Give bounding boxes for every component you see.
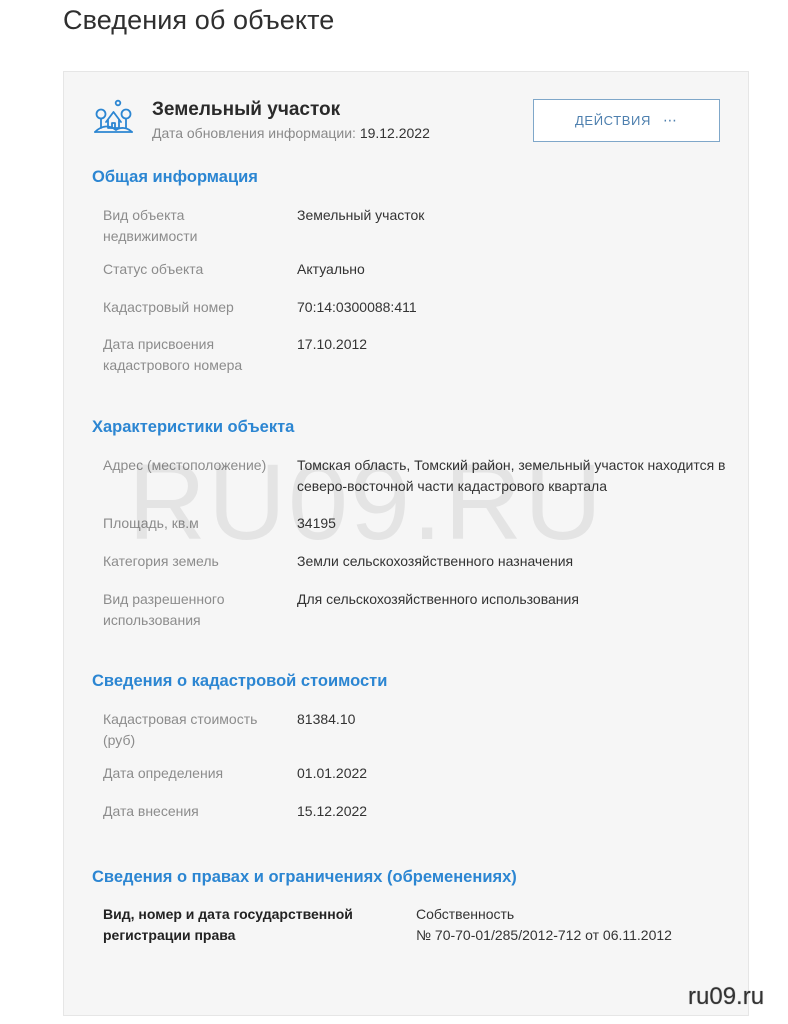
- right-registration: № 70-70-01/285/2012-712 от 06.11.2012: [416, 925, 788, 946]
- update-info: Дата обновления информации: 19.12.2022: [152, 125, 430, 141]
- row-label: Вид, номер и дата государственной регист…: [103, 904, 353, 946]
- section-title-general: Общая информация: [92, 168, 258, 187]
- row-value: Томская область, Томский район, земельны…: [297, 455, 727, 497]
- update-label: Дата обновления информации:: [152, 125, 356, 141]
- row-value: 01.01.2022: [297, 763, 727, 784]
- object-card: Земельный участок Дата обновления информ…: [63, 71, 749, 1016]
- row-value: 17.10.2012: [297, 334, 727, 355]
- object-title: Земельный участок: [152, 99, 340, 121]
- row-label: Площадь, кв.м: [103, 513, 273, 534]
- row-label: Статус объекта: [103, 259, 273, 280]
- row-label: Кадастровая стоимость (руб): [103, 709, 273, 751]
- row-label: Категория земель: [103, 551, 273, 572]
- row-label: Адрес (местоположение): [103, 455, 293, 476]
- right-type: Собственность: [416, 904, 788, 925]
- row-label: Дата определения: [103, 763, 273, 784]
- row-label: Вид объекта недвижимости: [103, 205, 273, 247]
- land-plot-icon: [92, 98, 134, 140]
- row-value: Для сельскохозяйственного использования: [297, 589, 727, 610]
- row-label: Вид разрешенного использования: [103, 589, 253, 631]
- row-value: Собственность № 70-70-01/285/2012-712 от…: [416, 904, 788, 946]
- row-value: Земли сельскохозяйственного назначения: [297, 551, 727, 572]
- row-value: 15.12.2022: [297, 801, 727, 822]
- more-horizontal-icon: ⋯: [663, 112, 678, 129]
- update-date: 19.12.2022: [360, 125, 430, 141]
- row-label: Дата внесения: [103, 801, 273, 822]
- section-title-characteristics: Характеристики объекта: [92, 418, 294, 437]
- row-value: Актуально: [297, 259, 727, 280]
- watermark-corner: ru09.ru: [688, 983, 764, 1011]
- row-label: Дата присвоения кадастрового номера: [103, 334, 273, 376]
- page-title: Сведения об объекте: [63, 5, 334, 36]
- actions-label: ДЕЙСТВИЯ: [575, 113, 651, 128]
- row-value: 70:14:0300088:411: [297, 297, 727, 318]
- section-title-cadastral-value: Сведения о кадастровой стоимости: [92, 672, 387, 691]
- row-value: 34195: [297, 513, 727, 534]
- row-label: Кадастровый номер: [103, 297, 273, 318]
- actions-button[interactable]: ДЕЙСТВИЯ ⋯: [533, 99, 720, 142]
- row-value: Земельный участок: [297, 205, 727, 226]
- section-title-rights: Сведения о правах и ограничениях (обреме…: [92, 868, 517, 887]
- row-value: 81384.10: [297, 709, 727, 730]
